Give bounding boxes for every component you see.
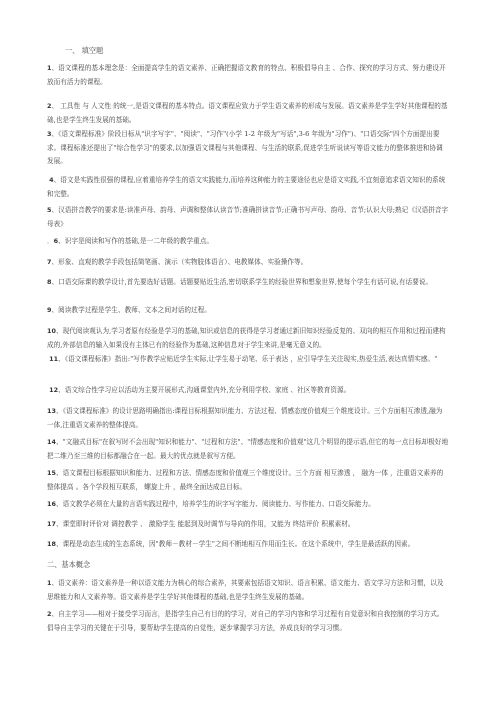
list-item: 17、课堂即时评价对 调控教学 、 激励学生 能起到及时调节与导向的作用，又能为…: [47, 518, 449, 532]
list-item: 3、《语文课程标准》阶段目标从"识字写字"、"阅读"、"习作"(小学 1-2 年…: [47, 128, 449, 169]
list-item: 1、语文素养：语文素养是一种以语文能力为核心的综合素养，其要素包括语文知识、语言…: [47, 577, 449, 604]
list-item: ．6、识字是阅读和写作的基础,是一二年级的教学重点。: [47, 235, 449, 249]
section-heading-basic-concepts: 二、基本概念: [47, 560, 90, 570]
list-item: 11、《语文课程标准》指出:"写作教学应贴近学生实际,让学生易于动笔、乐于表达 …: [47, 353, 449, 367]
section-heading-fill-blank: 一、 填空题: [65, 46, 103, 56]
list-item: 12、语文综合性学习应以活动为主要开展形式,沟通课堂内外,充分利用学校、家庭 、…: [47, 384, 449, 398]
list-item: 15、语文课程目标根据知识和能力、过程和方法、情感态度和价值观三个维度设计。三个…: [47, 467, 449, 494]
list-item: 7、形象、直观的教学手段包括简笔画、演示（实物肢体语言）、电教媒体、实验操作等。: [47, 256, 449, 270]
list-item: 13、《语文课程标准》的设计思路明确指出:课程目标根据知识能力、方法过程、情感态…: [47, 405, 449, 432]
list-item: 10、现代阅读观认为,学习者原有经验是学习的基础,知识或信息的获得是学习者通过新…: [47, 325, 449, 352]
list-item: 5、汉语拼音教学的要求是:读准声母、韵母、声调和整体认读音节;准确拼读音节;正确…: [47, 204, 449, 231]
list-item: 2、自主学习——相对于接受学习而言，是指学生自己有目的的学习，对自己的学习内容和…: [47, 608, 449, 635]
list-item: 16、语文教学必须在大量的言语实践过程中，培养学生的识字写字能力、阅读能力、写作…: [47, 498, 449, 512]
list-item: 9、阅读教学过程是学生、教师、文本之间对话的过程。: [47, 304, 449, 318]
list-item: 8、口语交际课的教学设计,首先要选好话题。话题要贴近生活,密切联系学生的经验世界…: [47, 276, 449, 290]
list-item: 4、语文是实践性很强的课程,应着重培养学生的语文实践能力,而培养这种能力的主要途…: [47, 174, 449, 201]
list-item: 14、"文融式目标"在叙写时不会出现"知识和能力"、"过程和方法"、"情感态度和…: [47, 436, 449, 463]
list-item: 1、语文课程的基本理念是：全面提高学生的语文素养、正确把握语文教育的特点、积极倡…: [47, 62, 449, 89]
list-item: 18、课程是动态生成的生态系统，因"教师－教材－学生"之间不断地相互作用而生长。…: [47, 538, 449, 552]
list-item: 2、 工具性 与 人文性 的统一,是语文课程的基本特点。语文课程应致力于学生语文…: [47, 100, 449, 127]
